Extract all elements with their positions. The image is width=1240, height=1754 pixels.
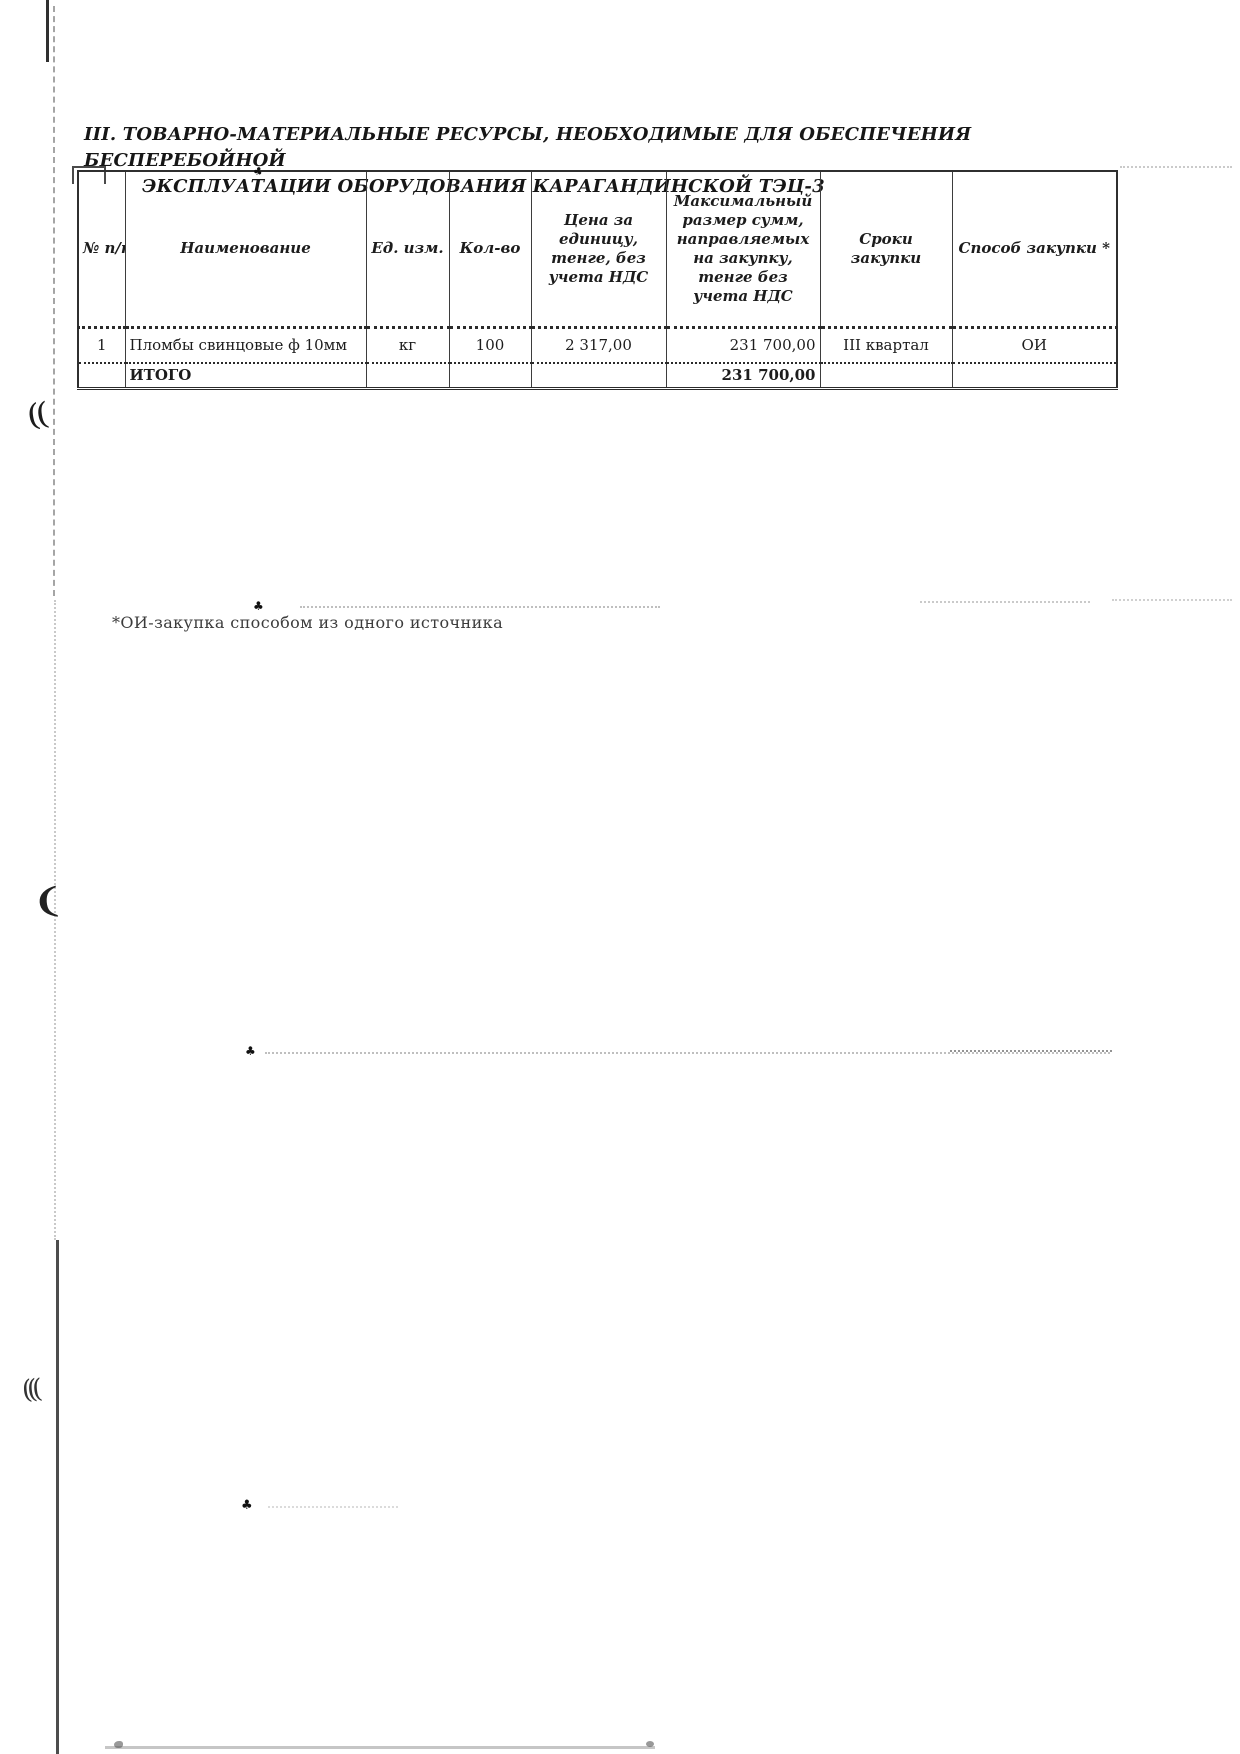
- col-header-period: Сроки закупки: [820, 171, 952, 327]
- paren-scribble-artifact: (: [33, 880, 64, 922]
- scan-fold-line-dotted: [54, 600, 56, 1240]
- cell-period: III квартал: [820, 327, 952, 363]
- cell-unit: кг: [366, 327, 449, 363]
- scan-noise-line: [950, 1050, 1112, 1052]
- bottom-edge-smudge: [646, 1741, 654, 1747]
- smudge-mark-icon: ♣: [245, 1044, 256, 1058]
- footnote-text: *ОИ-закупка способом из одного источника: [112, 613, 503, 632]
- scan-fold-line-dashed: [53, 6, 55, 596]
- col-header-name: Наименование: [125, 171, 366, 327]
- materials-table: № п/п Наименование Ед. изм. Кол-во Цена …: [77, 170, 1118, 390]
- smudge-mark-icon: ♣: [241, 1498, 253, 1513]
- scan-fold-line-top: [46, 0, 49, 62]
- total-row: ИТОГО 231 700,00: [78, 363, 1117, 388]
- cell-empty: [952, 363, 1117, 388]
- scan-noise-line: [1112, 599, 1232, 601]
- scanned-document-page: III. ТОВАРНО-МАТЕРИАЛЬНЫЕ РЕСУРСЫ, НЕОБХ…: [0, 0, 1240, 1754]
- paren-scribble-artifact: (((: [20, 1374, 38, 1405]
- scan-noise-line: [300, 606, 660, 608]
- cell-empty: [449, 363, 531, 388]
- col-header-qty: Кол-во: [449, 171, 531, 327]
- cell-empty: [820, 363, 952, 388]
- col-header-unit-price: Цена за единицу, тенге, без учета НДС: [531, 171, 666, 327]
- scan-noise-line: [265, 1052, 1110, 1054]
- header-row: № п/п Наименование Ед. изм. Кол-во Цена …: [78, 171, 1117, 327]
- cell-empty: [531, 363, 666, 388]
- cell-name: Пломбы свинцовые ф 10мм: [125, 327, 366, 363]
- col-header-unit: Ед. изм.: [366, 171, 449, 327]
- table-row-1: 1 Пломбы свинцовые ф 10мм кг 100 2 317,0…: [78, 327, 1117, 363]
- cell-empty: [78, 363, 125, 388]
- cell-qty: 100: [449, 327, 531, 363]
- smudge-mark-icon: ♣: [253, 599, 264, 613]
- total-max-sum: 231 700,00: [666, 363, 820, 388]
- cell-max-sum: 231 700,00: [666, 327, 820, 363]
- scan-noise-line: [1120, 166, 1232, 168]
- paren-scribble-artifact: ((: [24, 397, 47, 434]
- cell-unit-price: 2 317,00: [531, 327, 666, 363]
- total-label: ИТОГО: [125, 363, 366, 388]
- scan-noise-line: [268, 1506, 398, 1508]
- cell-num: 1: [78, 327, 125, 363]
- scan-fold-line-solid: [56, 1240, 59, 1754]
- col-header-max-sum: Максимальный размер сумм, направляемых н…: [666, 171, 820, 327]
- col-header-method: Способ закупки *: [952, 171, 1117, 327]
- section-title-line-1: III. ТОВАРНО-МАТЕРИАЛЬНЫЕ РЕСУРСЫ, НЕОБХ…: [84, 122, 1104, 174]
- cell-empty: [366, 363, 449, 388]
- scan-noise-line: [920, 601, 1090, 603]
- bottom-edge-line: [105, 1746, 655, 1749]
- col-header-num: № п/п: [78, 171, 125, 327]
- bottom-edge-smudge: [114, 1741, 123, 1748]
- cell-method: ОИ: [952, 327, 1117, 363]
